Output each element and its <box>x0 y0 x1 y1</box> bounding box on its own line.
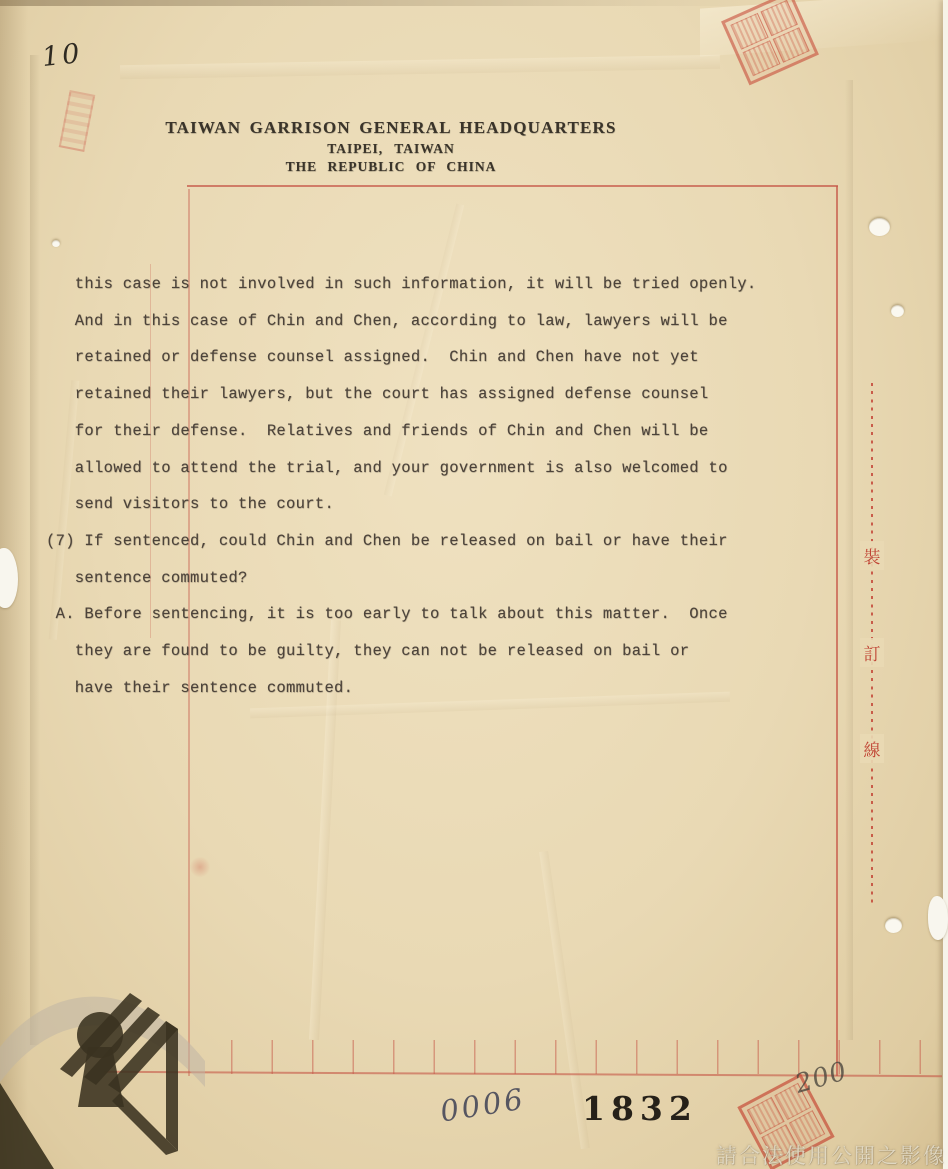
faint-seal-stamp-icon <box>59 90 96 152</box>
letterhead: TAIWAN GARRISON GENERAL HEADQUARTERS TAI… <box>160 118 622 175</box>
typewritten-body-text: this case is not involved in such inform… <box>46 266 757 706</box>
binding-line-char-xian: 線 <box>860 734 884 763</box>
logo-band-dark-segment <box>0 1083 54 1169</box>
paper-tear <box>928 896 948 940</box>
archive-usage-watermark: 請合法使用公開之影像 <box>694 1140 946 1169</box>
crease <box>120 55 720 79</box>
binding-line-char-zhuang: 裝 <box>860 541 884 570</box>
scan-right-edge <box>943 0 948 1169</box>
binding-line-char-ding: 訂 <box>860 638 884 667</box>
archives-logo-watermark <box>0 955 205 1169</box>
stamped-page-number: 1832 <box>582 1089 698 1128</box>
punch-hole <box>885 918 902 933</box>
overlay-sheet-right-edge <box>845 80 853 1040</box>
letterhead-city: TAIPEI, TAIWAN <box>160 141 622 157</box>
ruled-frame-right <box>836 186 838 1076</box>
ruled-frame-top <box>187 185 838 187</box>
punch-hole <box>891 305 904 317</box>
red-ink-smudge <box>190 856 210 878</box>
paper-speck <box>52 240 60 247</box>
letterhead-organization: TAIWAN GARRISON GENERAL HEADQUARTERS <box>160 118 622 138</box>
letterhead-country: THE REPUBLIC OF CHINA <box>160 159 622 175</box>
handwritten-page-number: 10 <box>40 38 83 73</box>
overlay-sheet-left-edge <box>30 55 40 1045</box>
document-scan: 裝 訂 線 10 TAIWAN GARRISON GENERAL HEADQUA… <box>0 0 948 1169</box>
handwritten-serial-number: 0006 <box>438 1081 528 1128</box>
punch-hole <box>869 218 890 236</box>
paper-top-edge <box>0 0 760 6</box>
